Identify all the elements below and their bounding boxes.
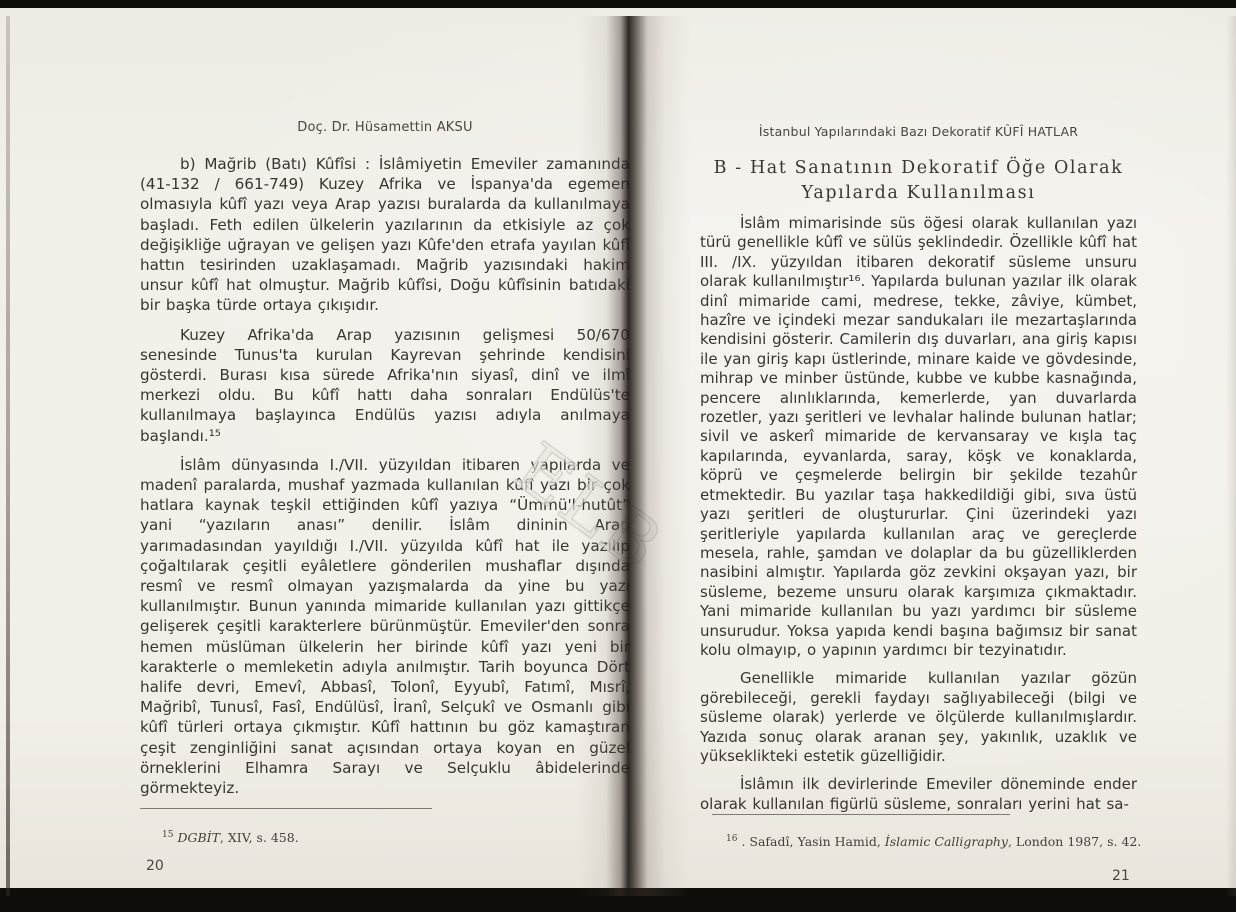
footnote-marker: 15: [162, 830, 173, 840]
left-page-text-column: b) Mağrib (Batı) Kûfîsi : İslâmiyetin Em…: [140, 154, 630, 807]
page-right-edge-shadow: [1226, 16, 1236, 896]
body-paragraph: İslâm mimarisinde süs öğesi olarak kulla…: [700, 214, 1137, 660]
body-paragraph: b) Mağrib (Batı) Kûfîsi : İslâmiyetin Em…: [140, 154, 630, 316]
body-paragraph: İslâmın ilk devirlerinde Emeviler dönemi…: [700, 775, 1137, 814]
footnote-work-title: İslamic Calligraphy: [885, 834, 1008, 849]
right-page-number: 21: [1112, 868, 1130, 884]
section-heading-line2: Yapılarda Kullanılması: [700, 181, 1137, 206]
footnote-citation: , London 1987, s. 42.: [1008, 834, 1141, 849]
right-footnote-divider: [712, 814, 1010, 815]
left-footnote-divider: [140, 808, 432, 809]
scanned-book-photo: { "colors": { "paper": "#f2efe8", "ink":…: [0, 0, 1236, 912]
book-spread: Doç. Dr. Hüsamettin AKSU İstanbul Yapıla…: [0, 8, 1236, 888]
right-page-text-column: İslâm mimarisinde süs öğesi olarak kulla…: [700, 214, 1137, 823]
section-heading-line1: B - Hat Sanatının Dekoratif Öğe Olarak: [700, 156, 1137, 181]
footnote-author: . Safadî, Yasin Hamid,: [741, 834, 884, 849]
footnote-citation: , XIV, s. 458.: [220, 830, 299, 845]
body-paragraph: Kuzey Afrika'da Arap yazısının gelişmesi…: [140, 325, 630, 446]
section-heading: B - Hat Sanatının Dekoratif Öğe Olarak Y…: [700, 156, 1137, 206]
body-paragraph: İslâm dünyasında I./VII. yüzyıldan itiba…: [140, 455, 630, 798]
footnote-marker: 16: [726, 834, 737, 844]
right-footnote: 16. Safadî, Yasin Hamid, İslamic Calligr…: [726, 834, 1141, 849]
left-page-number: 20: [146, 858, 164, 874]
right-running-header: İstanbul Yapılarındaki Bazı Dekoratif KÛ…: [700, 124, 1137, 139]
left-running-header: Doç. Dr. Hüsamettin AKSU: [140, 120, 630, 135]
page-left-edge-shadow: [6, 16, 10, 896]
body-paragraph: Genellikle mimaride kullanılan yazılar g…: [700, 669, 1137, 766]
left-footnote: 15DGBİT, XIV, s. 458.: [162, 830, 299, 845]
page-gutter-shadow: [578, 16, 690, 896]
footnote-work-title: DGBİT: [177, 830, 219, 845]
